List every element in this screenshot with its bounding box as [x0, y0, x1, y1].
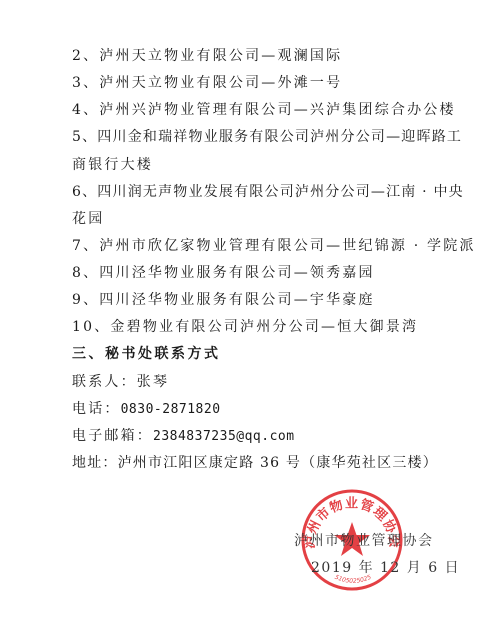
address: 地址：泸州市江阳区康定路 36 号（康华苑社区三楼） — [72, 454, 438, 472]
section-heading: 三、秘书处联系方式 — [72, 345, 221, 363]
list-item-continuation: 花园 — [72, 210, 104, 228]
email-label: 电子邮箱： — [72, 428, 153, 444]
email-address: 2384837235@qq.com — [153, 429, 295, 444]
list-item: 9、四川泾华物业服务有限公司—宇华豪庭 — [72, 291, 375, 309]
phone-line: 电话：0830-2871820 — [72, 400, 221, 419]
phone-label: 电话： — [72, 401, 121, 417]
list-item-continuation: 商银行大楼 — [72, 156, 153, 174]
list-item: 3、泸州天立物业有限公司—外滩一号 — [72, 74, 342, 92]
list-item: 5、四川金和瑞祥物业服务有限公司泸州分公司—迎晖路工 — [72, 128, 462, 146]
list-item: 4、泸州兴泸物业管理有限公司—兴泸集团综合办公楼 — [72, 101, 456, 119]
signature-organization: 泸州市物业管理协会 — [294, 532, 434, 550]
signature-date: 2019 年 12 月 6 日 — [311, 559, 460, 577]
email-line: 电子邮箱：2384837235@qq.com — [72, 427, 295, 446]
list-item: 7、泸州市欣亿家物业管理有限公司—世纪锦源 · 学院派 — [72, 237, 476, 255]
list-item: 2、泸州天立物业有限公司—观澜国际 — [72, 47, 342, 65]
contact-person: 联系人：张琴 — [72, 373, 169, 391]
phone-number: 0830-2871820 — [121, 402, 221, 417]
list-item: 6、四川润无声物业发展有限公司泸州分公司—江南 · 中央 — [72, 183, 464, 201]
list-item: 10、金碧物业有限公司泸州分公司—恒大御景湾 — [72, 318, 418, 336]
list-item: 8、四川泾华物业服务有限公司—领秀嘉园 — [72, 264, 375, 282]
